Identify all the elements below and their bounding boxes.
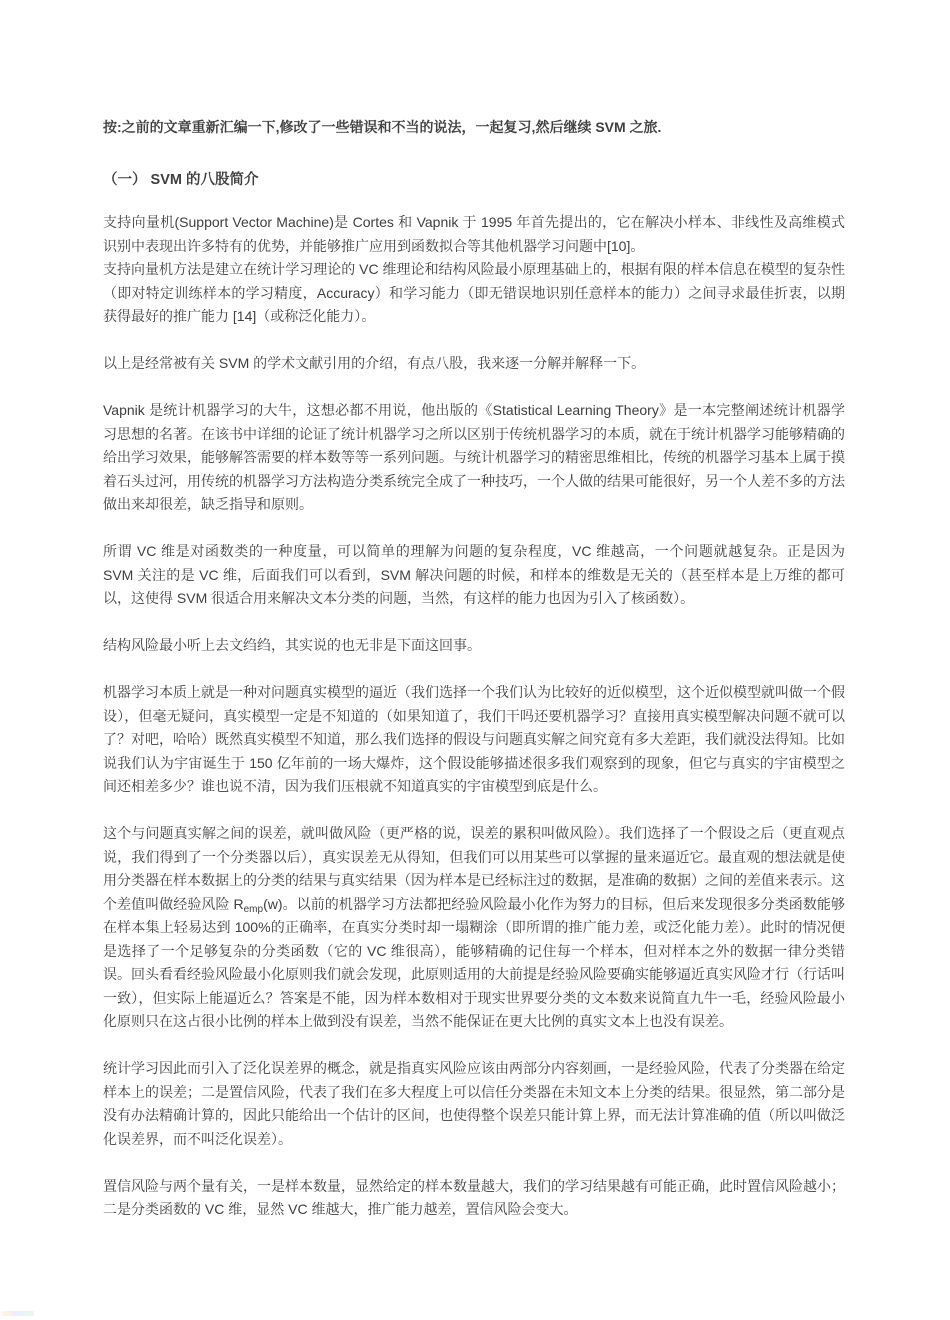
article-page: { "page": { "background": "#ffffff", "te…: [0, 0, 950, 1320]
article-body: 按:之前的文章重新汇编一下,修改了一些错误和不当的说法，一起复习,然后继续 SV…: [103, 116, 845, 1245]
paragraph-structural-risk-lead: 结构风险最小听上去文绉绉，其实说的也无非是下面这回事。: [103, 634, 845, 658]
paragraph-vc-dimension: 所谓 VC 维是对函数类的一种度量，可以简单的理解为问题的复杂程度，VC 维越高…: [103, 540, 845, 611]
paragraph-vapnik: Vapnik 是统计机器学习的大牛，这想必都不用说，他出版的《Statistic…: [103, 399, 845, 517]
section-heading-svm-bagu: （一） SVM 的八股简介: [103, 169, 845, 193]
paragraph-svm-origin: 支持向量机(Support Vector Machine)是 Cortes 和 …: [103, 211, 845, 258]
editor-note: 按:之前的文章重新汇编一下,修改了一些错误和不当的说法，一起复习,然后继续 SV…: [103, 116, 845, 140]
paragraph-svm-theory-basis: 支持向量机方法是建立在统计学习理论的 VC 维理论和结构风险最小原理基础上的，根…: [103, 258, 845, 329]
paragraph-empirical-risk: 这个与问题真实解之间的误差，就叫做风险（更严格的说，误差的累积叫做风险）。我们选…: [103, 822, 845, 1034]
svm-intro-block: 支持向量机(Support Vector Machine)是 Cortes 和 …: [103, 211, 845, 329]
paragraph-generalization-error-bound: 统计学习因此而引入了泛化误差界的概念，就是指真实风险应该由两部分内容刻画，一是经…: [103, 1057, 845, 1151]
empirical-risk-subscript: emp: [244, 904, 263, 915]
paragraph-ml-approximation: 机器学习本质上就是一种对问题真实模型的逼近（我们选择一个我们认为比较好的近似模型…: [103, 681, 845, 799]
empirical-risk-text-after: (w)。以前的机器学习方法都把经验风险最小化作为努力的目标，但后来发现很多分类函…: [103, 896, 845, 1030]
paragraph-confidence-risk: 置信风险与两个量有关，一是样本数量，显然给定的样本数量越大，我们的学习结果越有可…: [103, 1175, 845, 1222]
paragraph-bagu-intro: 以上是经常被有关 SVM 的学术文献引用的介绍，有点八股，我来逐一分解并解释一下…: [103, 352, 845, 376]
page-corner-artifact: [2, 1311, 34, 1316]
